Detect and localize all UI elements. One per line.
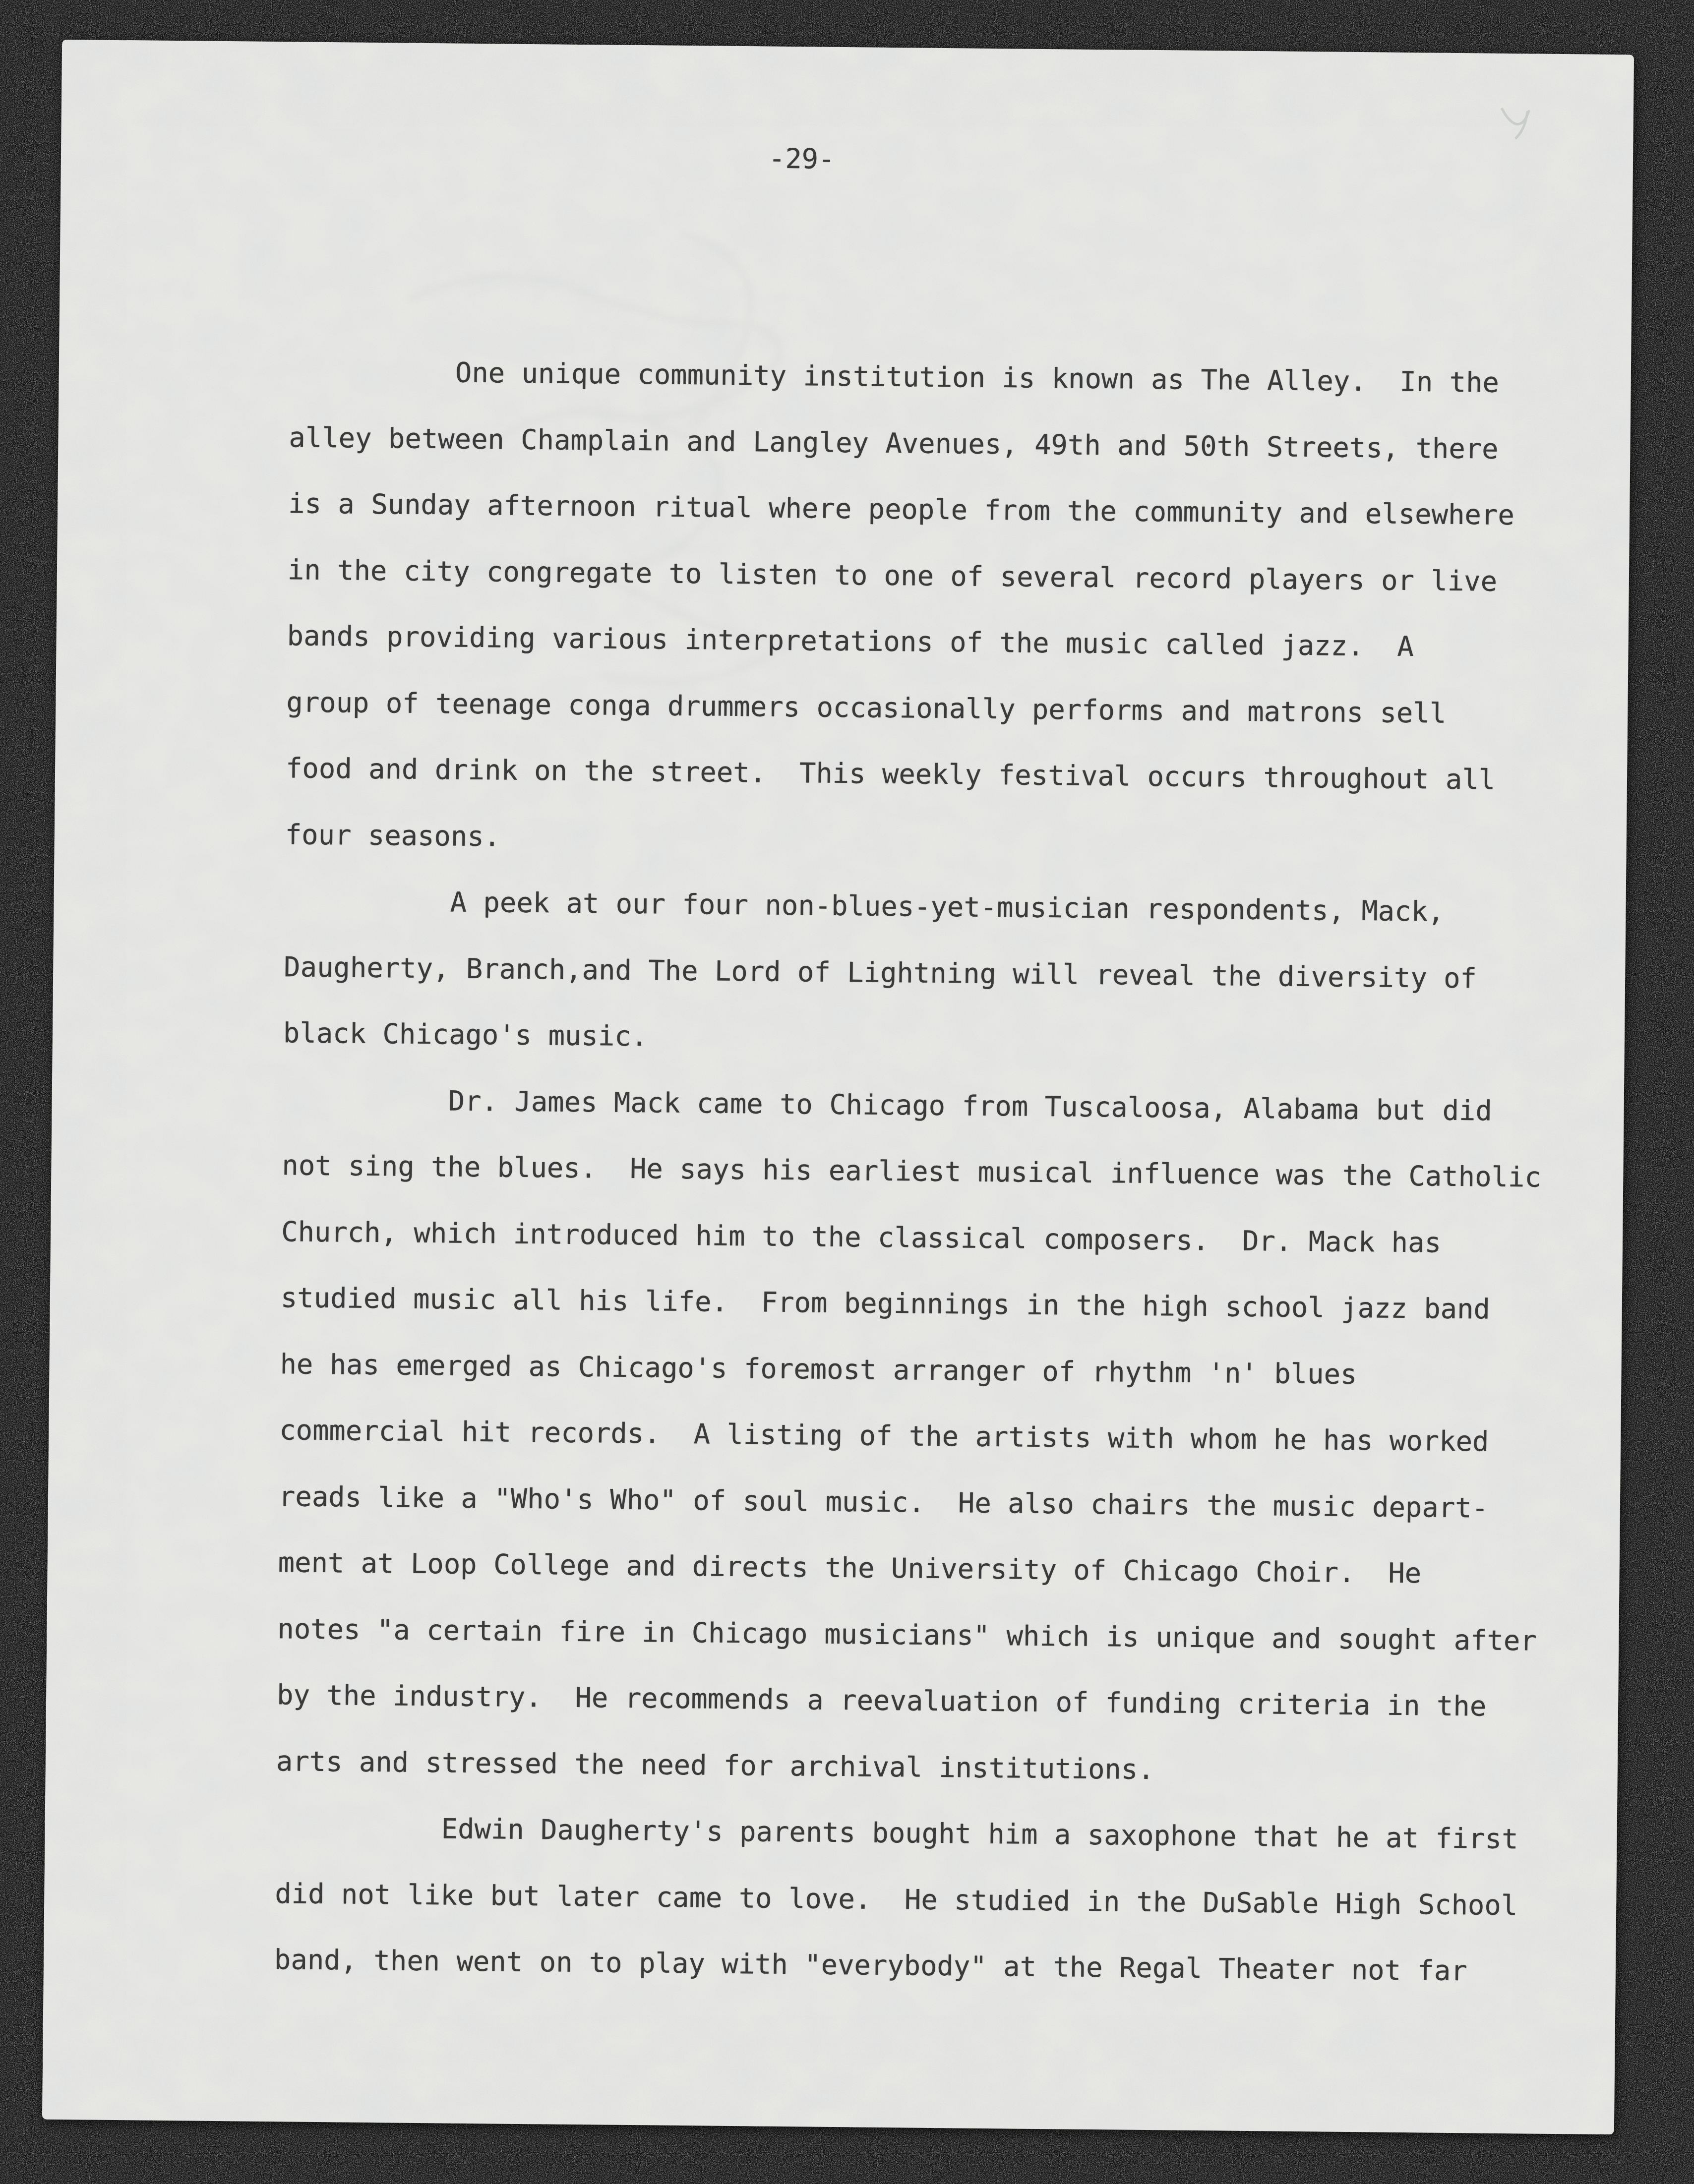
scanned-page: -29- One unique community institution is…	[0, 0, 1694, 2184]
typed-body-text: One unique community institution is know…	[274, 338, 1549, 2005]
paper-sheet: -29- One unique community institution is…	[42, 40, 1634, 2134]
pencil-mark	[1502, 109, 1529, 138]
page-number: -29-	[768, 126, 835, 193]
